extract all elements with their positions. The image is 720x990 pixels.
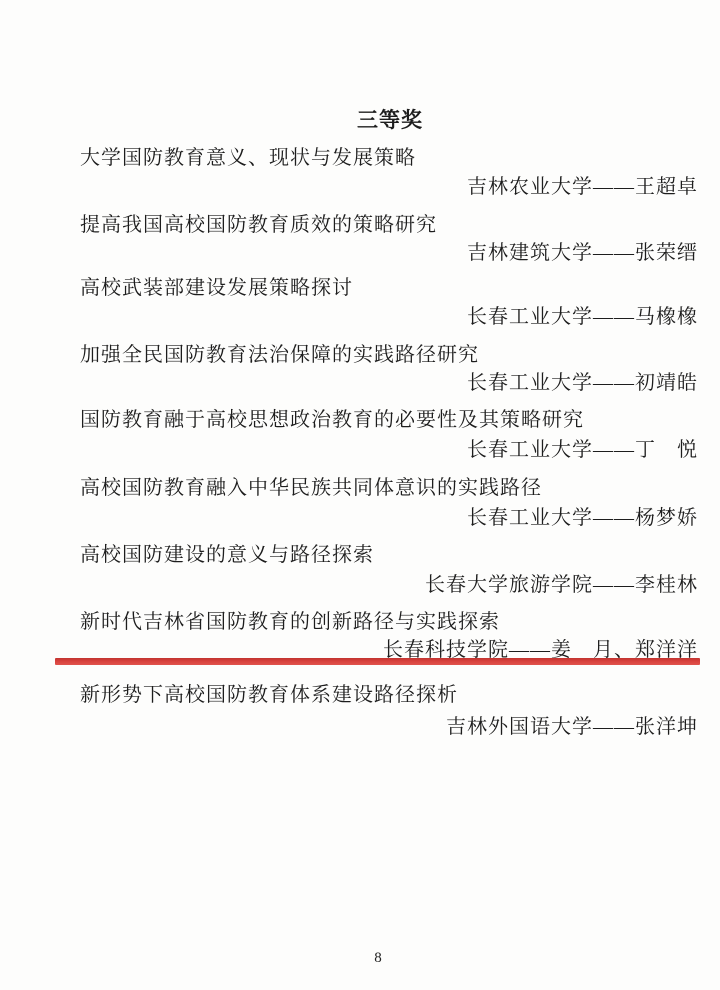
entry-title: 新时代吉林省国防教育的创新路径与实践探索 [80,611,500,633]
red-underline-annotation [55,658,700,665]
entry-recipient: 长春工业大学——杨梦娇 [467,507,698,529]
entry-recipient: 吉林农业大学——王超卓 [467,176,698,198]
page-number: 8 [36,950,720,967]
entry-recipient: 吉林建筑大学——张荣缙 [467,242,698,264]
entry-title: 国防教育融于高校思想政治教育的必要性及其策略研究 [80,409,584,431]
entry-title: 提高我国高校国防教育质效的策略研究 [80,214,437,236]
entry-recipient: 长春工业大学——初靖皓 [467,372,698,394]
entry-title: 加强全民国防教育法治保障的实践路径研究 [80,344,479,366]
entry-recipient: 长春大学旅游学院——李桂林 [425,574,698,596]
section-title: 三等奖 [80,107,700,133]
document-page: 三等奖 大学国防教育意义、现状与发展策略 吉林农业大学——王超卓 提高我国高校国… [0,0,720,990]
entry-title: 高校国防教育融入中华民族共同体意识的实践路径 [80,477,542,499]
entry-title: 大学国防教育意义、现状与发展策略 [80,147,416,169]
entry-title: 高校武装部建设发展策略探讨 [80,277,353,299]
entry-recipient: 长春工业大学——马橡橡 [467,306,698,328]
entry-title: 新形势下高校国防教育体系建设路径探析 [80,684,458,706]
entry-recipient: 吉林外国语大学——张洋坤 [446,716,698,738]
entry-title: 高校国防建设的意义与路径探索 [80,544,374,566]
entry-recipient: 长春工业大学——丁 悦 [467,439,698,461]
